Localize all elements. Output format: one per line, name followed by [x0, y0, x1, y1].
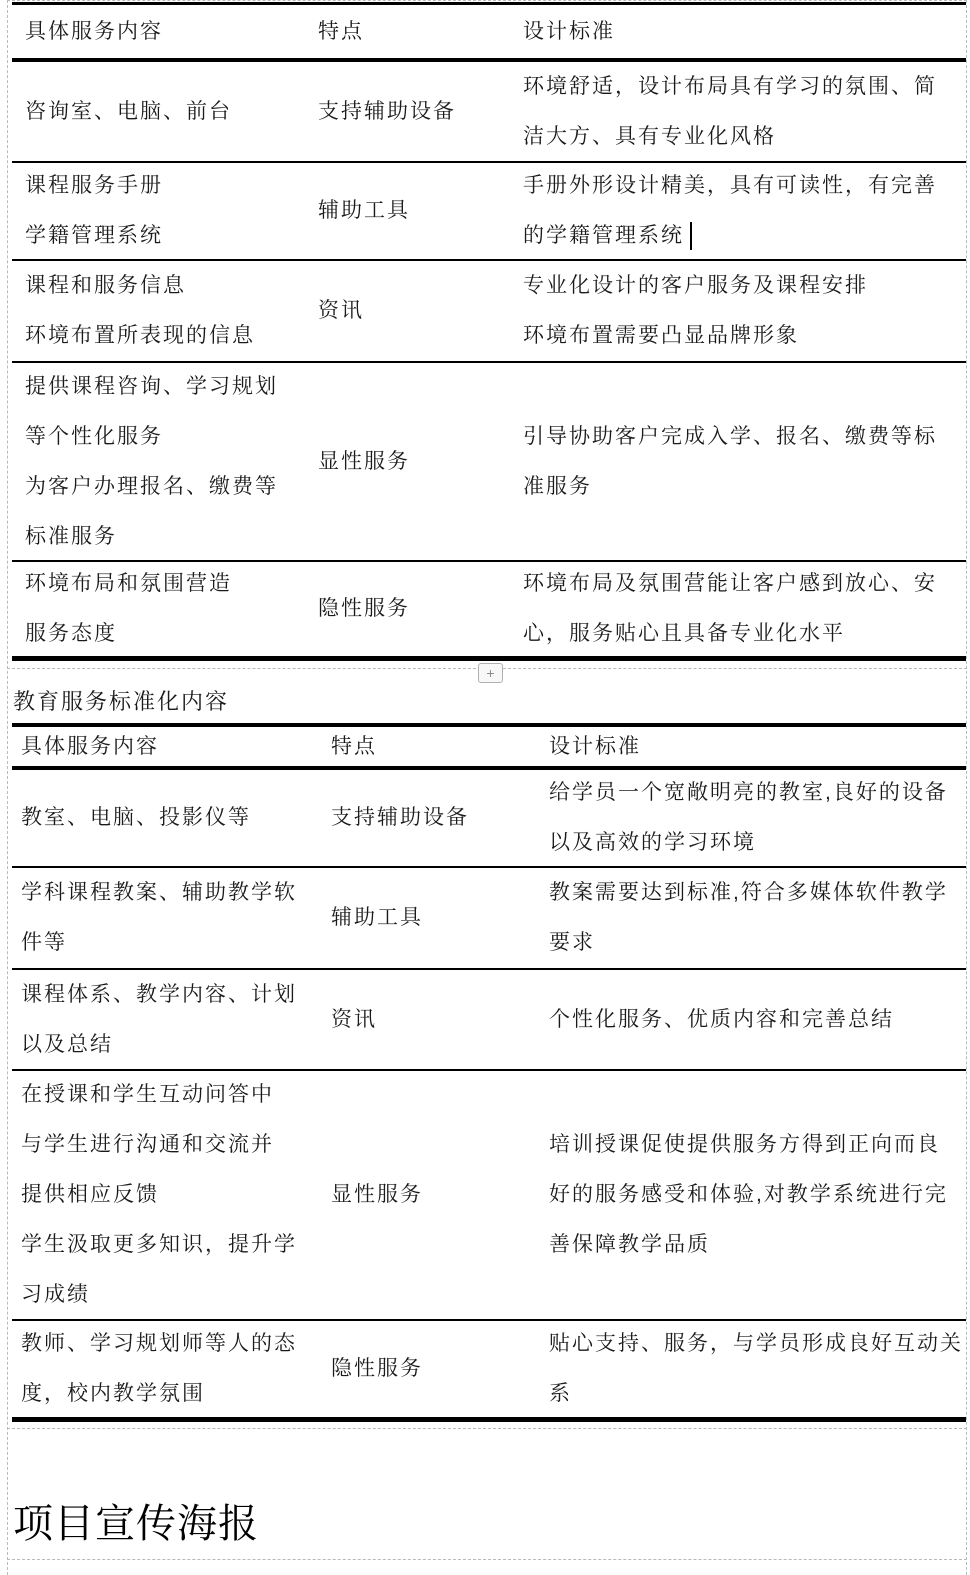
table1-row2-content[interactable]: 课程服务手册 学籍管理系统: [12, 163, 305, 259]
table1-row1-standard[interactable]: 环境舒适，设计布局具有学习的氛围、简 洁大方、具有专业化风格: [510, 62, 966, 161]
table1-row1-content[interactable]: 咨询室、电脑、前台: [12, 62, 305, 161]
table1-row3-feature[interactable]: 资讯: [305, 261, 510, 361]
page-heading[interactable]: 项目宣传海报: [13, 1496, 259, 1552]
table1-row4-content[interactable]: 提供课程咨询、学习规划 等个性化服务 为客户办理报名、缴费等 标准服务: [12, 363, 305, 560]
section-title[interactable]: 教育服务标准化内容: [13, 684, 229, 720]
table1-row5-content[interactable]: 环境布局和氛围营造 服务态度: [12, 562, 305, 656]
table2-row2-standard[interactable]: 教案需要达到标准,符合多媒体软件教学 要求: [540, 868, 966, 968]
table2-row5-content[interactable]: 教师、学习规划师等人的态 度，校内教学氛围: [12, 1321, 322, 1417]
table1-header-row: 具体服务内容 特点 设计标准: [12, 5, 966, 62]
table-row: 咨询室、电脑、前台 支持辅助设备 环境舒适，设计布局具有学习的氛围、简 洁大方、…: [12, 62, 966, 163]
table1-row4-standard[interactable]: 引导协助客户完成入学、报名、缴费等标 准服务: [510, 363, 966, 560]
table2-header-standard: 设计标准: [540, 727, 966, 766]
table2-row4-standard[interactable]: 培训授课促使提供服务方得到正向而良 好的服务感受和体验,对教学系统进行完 善保障…: [540, 1071, 966, 1319]
service-table-1: 具体服务内容 特点 设计标准 咨询室、电脑、前台 支持辅助设备 环境舒适，设计布…: [12, 2, 966, 661]
service-table-2: 具体服务内容 特点 设计标准 教室、电脑、投影仪等 支持辅助设备 给学员一个宽敞…: [12, 723, 966, 1422]
text-boundary-top: [7, 0, 967, 1]
document-page: 具体服务内容 特点 设计标准 咨询室、电脑、前台 支持辅助设备 环境舒适，设计布…: [0, 0, 970, 1575]
table2-header-content: 具体服务内容: [12, 727, 322, 766]
table-row: 教师、学习规划师等人的态 度，校内教学氛围 隐性服务 贴心支持、服务，与学员形成…: [12, 1321, 966, 1422]
table2-row1-standard[interactable]: 给学员一个宽敞明亮的教室,良好的设备 以及高效的学习环境: [540, 770, 966, 866]
table1-row5-feature[interactable]: 隐性服务: [305, 562, 510, 656]
table1-row3-standard[interactable]: 专业化设计的客户服务及课程安排 环境布置需要凸显品牌形象: [510, 261, 966, 361]
text-cursor: [690, 222, 692, 250]
table2-row1-content[interactable]: 教室、电脑、投影仪等: [12, 770, 322, 866]
table2-header-row: 具体服务内容 特点 设计标准: [12, 727, 966, 770]
table1-header-content: 具体服务内容: [12, 5, 305, 58]
table1-row2-feature[interactable]: 辅助工具: [305, 163, 510, 259]
table1-header-standard: 设计标准: [510, 5, 966, 58]
text-boundary-below-table: [7, 1428, 967, 1429]
insert-table-button[interactable]: +: [478, 663, 503, 683]
table2-row2-feature[interactable]: 辅助工具: [322, 868, 540, 968]
text-boundary-right: [966, 0, 967, 1575]
table2-row5-feature[interactable]: 隐性服务: [322, 1321, 540, 1417]
table1-header-feature: 特点: [305, 5, 510, 58]
table2-row3-standard[interactable]: 个性化服务、优质内容和完善总结: [540, 970, 966, 1069]
table2-row5-standard[interactable]: 贴心支持、服务，与学员形成良好互动关 系: [540, 1321, 966, 1417]
table2-row3-feature[interactable]: 资讯: [322, 970, 540, 1069]
table-row: 课程和服务信息 环境布置所表现的信息 资讯 专业化设计的客户服务及课程安排 环境…: [12, 261, 966, 363]
table-row: 学科课程教案、辅助教学软 件等 辅助工具 教案需要达到标准,符合多媒体软件教学 …: [12, 868, 966, 970]
table1-row4-feature[interactable]: 显性服务: [305, 363, 510, 560]
table-row: 教室、电脑、投影仪等 支持辅助设备 给学员一个宽敞明亮的教室,良好的设备 以及高…: [12, 770, 966, 868]
table-row: 提供课程咨询、学习规划 等个性化服务 为客户办理报名、缴费等 标准服务 显性服务…: [12, 363, 966, 562]
text-boundary-left: [7, 0, 8, 1575]
table-row: 课程服务手册 学籍管理系统 辅助工具 手册外形设计精美，具有可读性，有完善 的学…: [12, 163, 966, 261]
table-row: 环境布局和氛围营造 服务态度 隐性服务 环境布局及氛围营能让客户感到放心、安 心…: [12, 562, 966, 661]
table-row: 在授课和学生互动问答中 与学生进行沟通和交流并 提供相应反馈 学生汲取更多知识，…: [12, 1071, 966, 1321]
table2-header-feature: 特点: [322, 727, 540, 766]
table1-row5-standard[interactable]: 环境布局及氛围营能让客户感到放心、安 心，服务贴心且具备专业化水平: [510, 562, 966, 656]
table2-row4-content[interactable]: 在授课和学生互动问答中 与学生进行沟通和交流并 提供相应反馈 学生汲取更多知识，…: [12, 1071, 322, 1319]
table2-row1-feature[interactable]: 支持辅助设备: [322, 770, 540, 866]
table2-row4-feature[interactable]: 显性服务: [322, 1071, 540, 1319]
table1-row3-content[interactable]: 课程和服务信息 环境布置所表现的信息: [12, 261, 305, 361]
table2-row3-content[interactable]: 课程体系、教学内容、计划 以及总结: [12, 970, 322, 1069]
text-boundary-bottom: [7, 1559, 967, 1560]
table-row: 课程体系、教学内容、计划 以及总结 资讯 个性化服务、优质内容和完善总结: [12, 970, 966, 1071]
table1-row2-standard[interactable]: 手册外形设计精美，具有可读性，有完善 的学籍管理系统: [510, 163, 966, 259]
table1-row1-feature[interactable]: 支持辅助设备: [305, 62, 510, 161]
table2-row2-content[interactable]: 学科课程教案、辅助教学软 件等: [12, 868, 322, 968]
